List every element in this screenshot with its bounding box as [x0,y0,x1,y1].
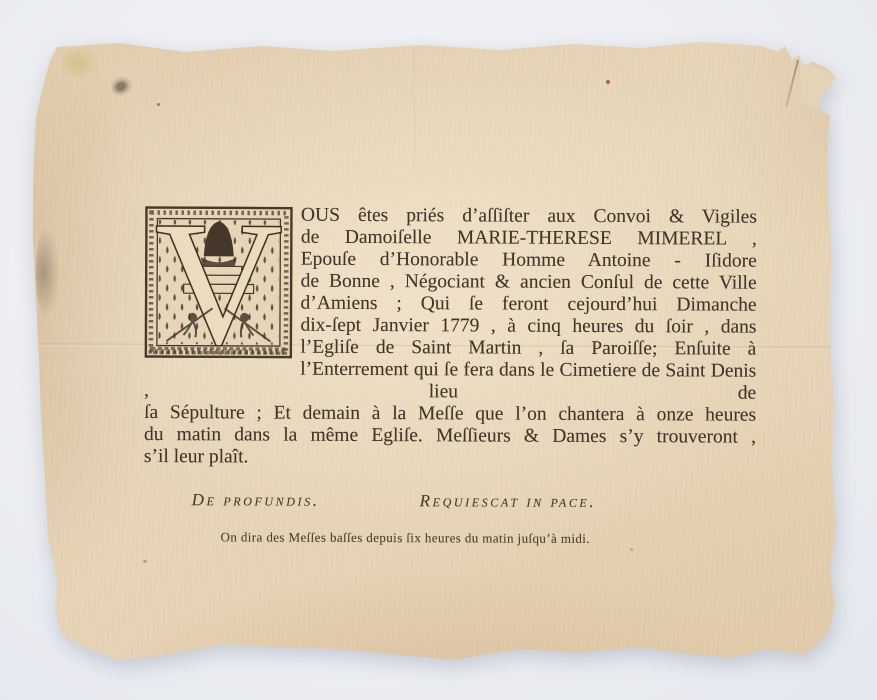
dropcap-woodcut: V [144,206,293,359]
latin-invocations: De profundis. Requiescat in pace. [144,490,756,513]
notice-line: ſa Sépulture ; Et demain à la Meſſe que … [144,402,756,427]
paper-speck [630,548,633,551]
de-profundis-text: De profundis. [192,490,320,511]
photo-background: V OUS êtes priés d’aſſiſter aux Convoi &… [0,0,877,700]
left-edge-smudge [36,225,60,320]
paper-sheet: V OUS êtes priés d’aſſiſter aux Convoi &… [0,0,877,700]
stain-ink-blotch [108,72,136,99]
notice-line: l’Enterrement qui ſe fera dans le Cimeti… [144,358,756,405]
requiescat-text: Requiescat in pace. [420,491,597,512]
masses-note: On dira des Meſſes baſſes depuis ſix heu… [144,529,756,548]
paper-surface: V OUS êtes priés d’aſſiſter aux Convoi &… [0,0,877,700]
paper-speck [143,560,147,563]
stain-yellow [58,46,100,80]
vertical-crease [414,48,416,168]
document-content: V OUS êtes priés d’aſſiſter aux Convoi &… [144,204,757,548]
notice-line: du matin dans la même Egliſe. Meſſieurs … [144,424,756,449]
paper-speck [157,103,160,106]
tear-crack-line [785,60,799,107]
paper-speck [606,80,610,84]
notice-last-line: s’il leur plaît. [144,446,756,471]
